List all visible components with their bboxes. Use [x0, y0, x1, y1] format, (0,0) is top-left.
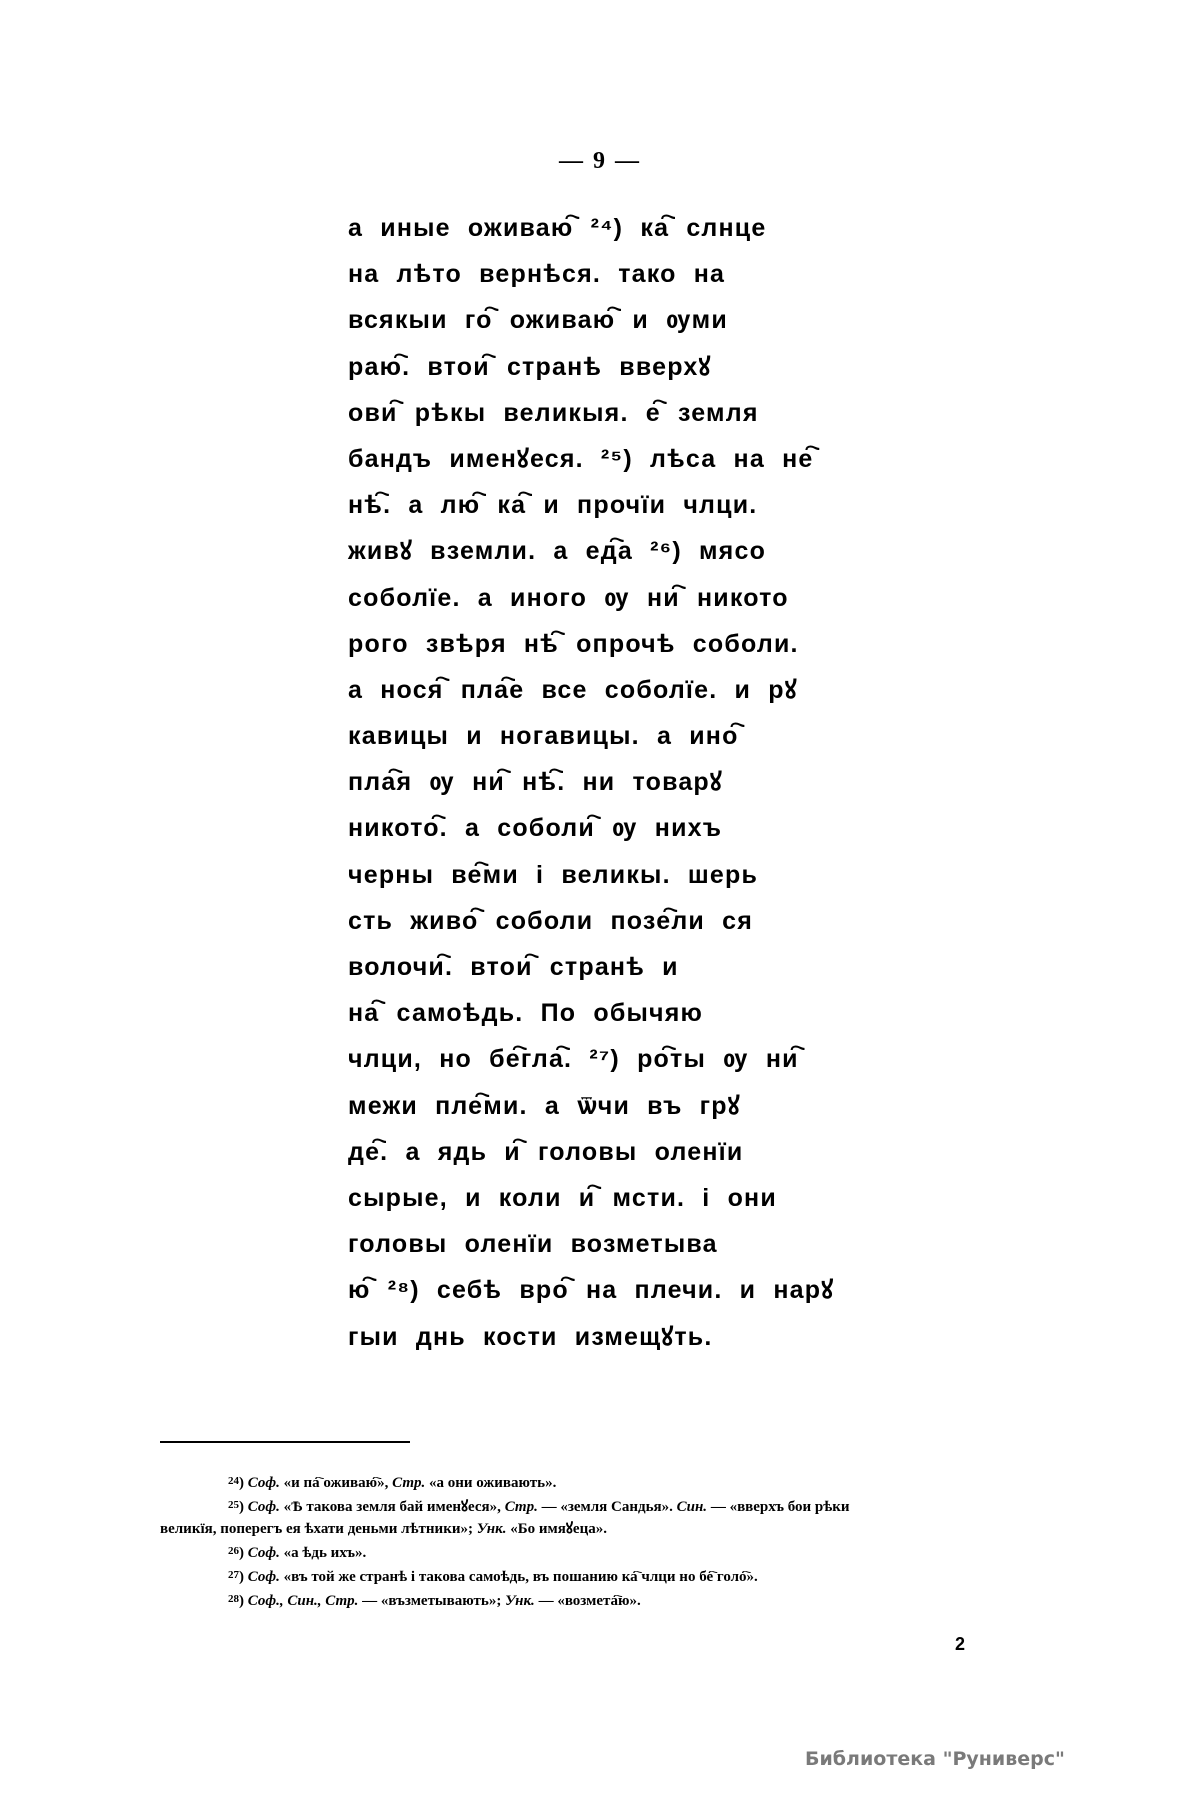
footnote-text: «Бо имяꙋеца». — [506, 1521, 606, 1537]
footnote-paren: ) — [239, 1545, 248, 1561]
text-line: никото҇. а соболи҇ ѹ нихъ — [348, 805, 868, 851]
footnote-text: «въ той же странѣ і такова самоѣдь, въ п… — [280, 1569, 758, 1585]
footnote-source: Стр. — [505, 1499, 538, 1515]
text-line: раю҇. втои҇ странѣ вверхꙋ — [348, 344, 868, 390]
footnote-source: Соф. — [248, 1475, 280, 1491]
text-line: сырые, и коли и҇ мсти. і они — [348, 1175, 868, 1221]
footnote-number: 26 — [228, 1545, 239, 1557]
signature-number: 2 — [955, 1634, 965, 1655]
text-line: рого звѣря нѣ҇ опрочѣ соболи. — [348, 621, 868, 667]
library-watermark: Библиотека "Руниверс" — [805, 1748, 1065, 1770]
footnote-25-continuation: великїя, поперегъ ея ѣхати деньми лѣтник… — [160, 1518, 1040, 1540]
footnote-text: — «земля Сандья». — [538, 1499, 677, 1515]
footnote-26: 26) Соф. «а ѣдь ихъ». — [160, 1540, 1040, 1564]
text-line: гыи днь кости измещꙋть. — [348, 1314, 868, 1360]
text-line: пла҇я ѹ ни҇ нѣ҇. ни товарꙋ — [348, 759, 868, 805]
footnote-source: Унк. — [477, 1521, 507, 1537]
text-line: всякыи го҇ оживаю҇ и ѹми — [348, 297, 868, 343]
footnote-number: 25 — [228, 1499, 239, 1511]
footnote-number: 27 — [228, 1569, 239, 1581]
footnote-text: — «възметывають»; — [358, 1593, 505, 1609]
text-line: ю҇ ²⁸) себѣ вро҇ на плечи. и нарꙋ — [348, 1267, 868, 1313]
text-line: а иные оживаю҇ ²⁴) ка҇ слнце — [348, 205, 868, 251]
footnote-25: 25) Соф. «Ѣ такова земля бай именꙋеся», … — [160, 1494, 1040, 1518]
footnote-text: — «вверхъ бои рѣки — [707, 1499, 849, 1515]
footnote-source: Стр. — [392, 1475, 425, 1491]
text-line: ови҇ рѣкы великыя. е҇ земля — [348, 390, 868, 436]
text-line: на лѣто вернѣся. тако на — [348, 251, 868, 297]
footnote-paren: ) — [239, 1569, 248, 1585]
text-line: кавицы и ногавицы. а ино҇ — [348, 713, 868, 759]
text-line: соболїе. а иного ѹ ни҇ никото — [348, 575, 868, 621]
footnote-source: Соф. — [248, 1499, 280, 1515]
footnote-separator-rule — [160, 1441, 410, 1443]
text-line: нѣ҇. а лю҇ ка҇ и прочїи члци. — [348, 482, 868, 528]
text-line: а нося҇ пла҇е все соболїе. и рꙋ — [348, 667, 868, 713]
footnote-text: «а ѣдь ихъ». — [280, 1545, 366, 1561]
page-number-header: — 9 — — [0, 148, 1200, 175]
text-line: на҇ самоѣдь. По обычяю — [348, 990, 868, 1036]
footnote-paren: ) — [239, 1475, 248, 1491]
footnote-number: 24 — [228, 1475, 239, 1487]
text-line: бандъ именꙋеся. ²⁵) лѣса на не҇ — [348, 436, 868, 482]
footnote-24: 24) Соф. «и па҇ оживаю҇», Стр. «а они ож… — [160, 1470, 1040, 1494]
main-text-block: а иные оживаю҇ ²⁴) ка҇ слнце на лѣто вер… — [348, 205, 868, 1360]
footnote-source: Соф. — [248, 1545, 280, 1561]
footnote-text: — «возмета҇ю». — [535, 1593, 641, 1609]
footnote-27: 27) Соф. «въ той же странѣ і такова само… — [160, 1564, 1040, 1588]
footnote-text: «Ѣ такова земля бай именꙋеся», — [280, 1499, 505, 1515]
footnote-text: «и па҇ оживаю҇», — [280, 1475, 392, 1491]
text-line: черны ве҇ми і великы. шерь — [348, 852, 868, 898]
footnote-text: «а они оживають». — [425, 1475, 556, 1491]
text-line: волочи҇. втои҇ странѣ и — [348, 944, 868, 990]
text-line: межи пле҇ми. а ѿчи въ грꙋ — [348, 1083, 868, 1129]
footnote-source: Син. — [677, 1499, 707, 1515]
text-line: живꙋ вземли. а ед҇а ²⁶) мясо — [348, 528, 868, 574]
footnote-source: Соф. — [248, 1569, 280, 1585]
text-line: сть живо҇ соболи позе҇ли ся — [348, 898, 868, 944]
footnote-source: Соф., Син., Стр. — [248, 1593, 359, 1609]
text-line: головы оленїи возметыва — [348, 1221, 868, 1267]
footnote-number: 28 — [228, 1593, 239, 1605]
text-line: члци, но бе҇гла҇. ²⁷) ро҇ты ѹ ни҇ — [348, 1036, 868, 1082]
footnote-28: 28) Соф., Син., Стр. — «възметывають»; У… — [160, 1588, 1040, 1612]
footnote-source: Унк. — [505, 1593, 535, 1609]
footnote-paren: ) — [239, 1593, 248, 1609]
footnotes-block: 24) Соф. «и па҇ оживаю҇», Стр. «а они ож… — [160, 1470, 1040, 1612]
footnote-text: великїя, поперегъ ея ѣхати деньми лѣтник… — [160, 1521, 477, 1537]
text-line: де҇. а ядь и҇ головы оленїи — [348, 1129, 868, 1175]
footnote-paren: ) — [239, 1499, 248, 1515]
